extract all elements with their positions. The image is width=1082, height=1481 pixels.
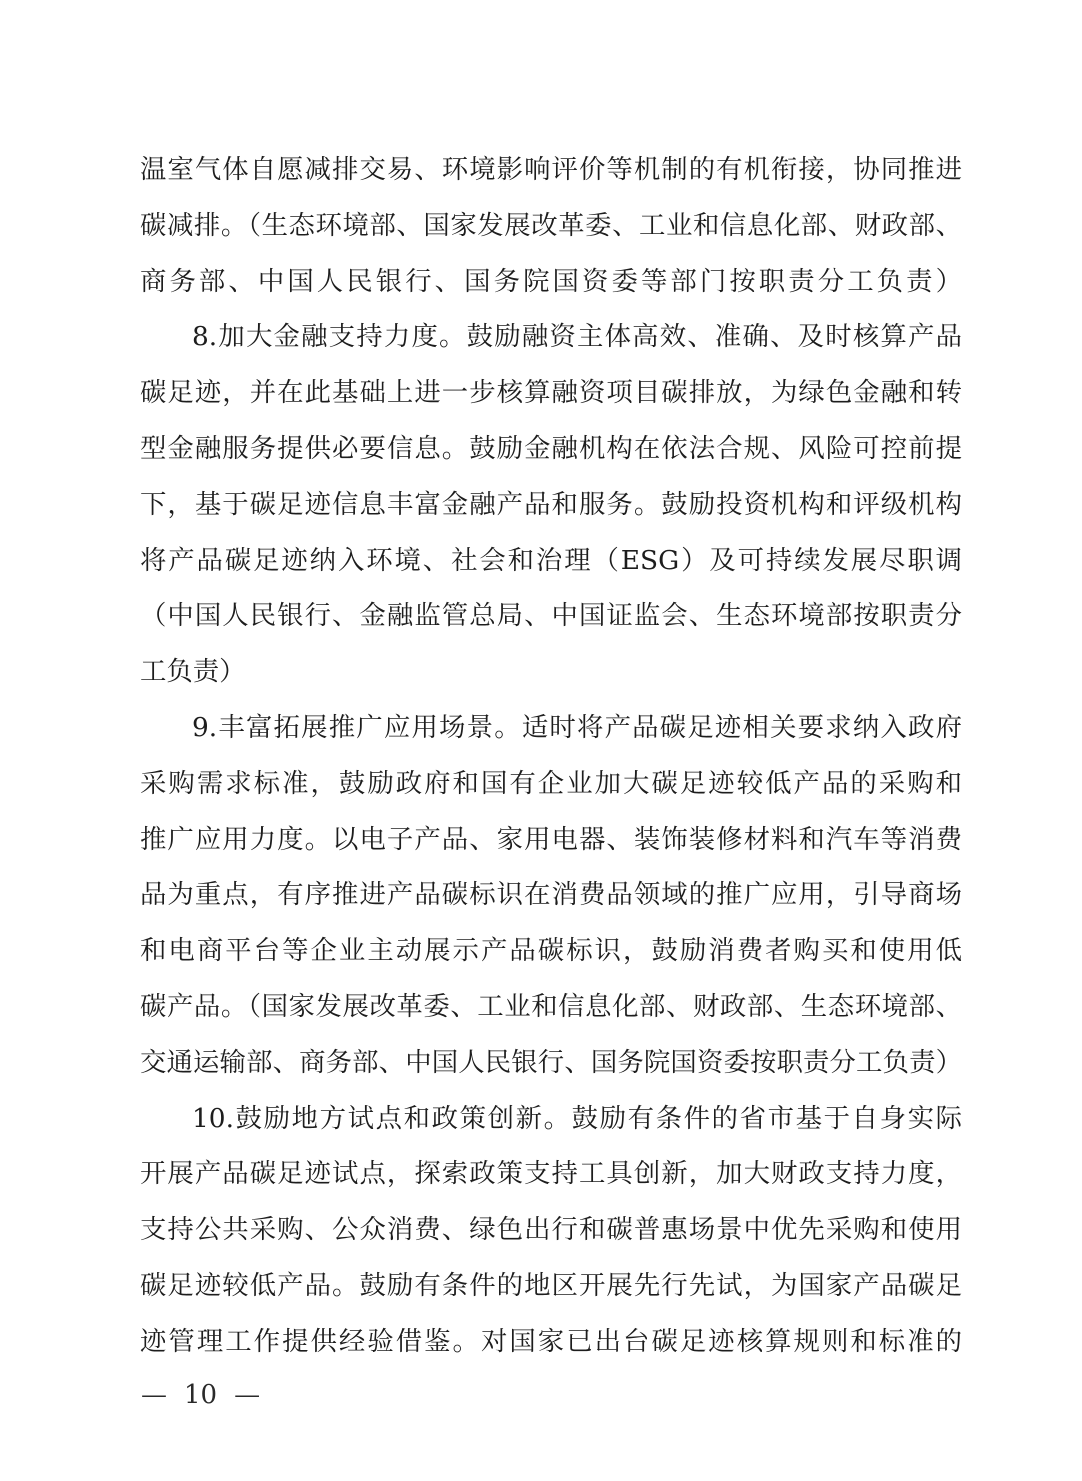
text-line: 型金融服务提供必要信息。鼓励金融机构在依法合规、风险可控前提 bbox=[140, 421, 962, 477]
text-line: 10.鼓励地方试点和政策创新。鼓励有条件的省市基于自身实际 bbox=[140, 1091, 962, 1147]
body-text: 温室气体自愿减排交易、环境影响评价等机制的有机衔接，协同推进碳减排。（生态环境部… bbox=[140, 142, 962, 1370]
text-line: 8.加大金融支持力度。鼓励融资主体高效、准确、及时核算产品 bbox=[140, 309, 962, 365]
text-line: 支持公共采购、公众消费、绿色出行和碳普惠场景中优先采购和使用 bbox=[140, 1202, 962, 1258]
footer-dash-right: — bbox=[234, 1384, 260, 1406]
text-line: 和电商平台等企业主动展示产品碳标识，鼓励消费者购买和使用低 bbox=[140, 923, 962, 979]
page-footer: — 10 — bbox=[141, 1377, 260, 1413]
text-line: 商务部、中国人民银行、国务院国资委等部门按职责分工负责） bbox=[140, 254, 962, 310]
text-line: 碳产品。（国家发展改革委、工业和信息化部、财政部、生态环境部、 bbox=[140, 979, 962, 1035]
text-line: 碳足迹较低产品。鼓励有条件的地区开展先行先试，为国家产品碳足 bbox=[140, 1258, 962, 1314]
text-line: 下，基于碳足迹信息丰富金融产品和服务。鼓励投资机构和评级机构 bbox=[140, 477, 962, 533]
text-line: （中国人民银行、金融监管总局、中国证监会、生态环境部按职责分 bbox=[140, 588, 962, 644]
text-line: 开展产品碳足迹试点，探索政策支持工具创新，加大财政支持力度， bbox=[140, 1146, 962, 1202]
text-line: 将产品碳足迹纳入环境、社会和治理（ESG）及可持续发展尽职调查。 bbox=[140, 533, 962, 589]
footer-dash-left: — bbox=[141, 1384, 167, 1406]
text-line: 迹管理工作提供经验借鉴。对国家已出台碳足迹核算规则和标准的 bbox=[140, 1314, 962, 1370]
text-line: 交通运输部、商务部、中国人民银行、国务院国资委按职责分工负责） bbox=[140, 1035, 962, 1091]
text-line: 碳足迹，并在此基础上进一步核算融资项目碳排放，为绿色金融和转 bbox=[140, 365, 962, 421]
text-line: 温室气体自愿减排交易、环境影响评价等机制的有机衔接，协同推进 bbox=[140, 142, 962, 198]
text-line: 推广应用力度。以电子产品、家用电器、装饰装修材料和汽车等消费 bbox=[140, 812, 962, 868]
text-line: 采购需求标准，鼓励政府和国有企业加大碳足迹较低产品的采购和 bbox=[140, 756, 962, 812]
text-line: 工负责） bbox=[140, 644, 962, 700]
text-line: 碳减排。（生态环境部、国家发展改革委、工业和信息化部、财政部、 bbox=[140, 198, 962, 254]
document-page: 温室气体自愿减排交易、环境影响评价等机制的有机衔接，协同推进碳减排。（生态环境部… bbox=[0, 0, 1082, 1481]
text-line: 品为重点，有序推进产品碳标识在消费品领域的推广应用，引导商场 bbox=[140, 867, 962, 923]
page-number: 10 bbox=[184, 1382, 217, 1408]
text-line: 9.丰富拓展推广应用场景。适时将产品碳足迹相关要求纳入政府 bbox=[140, 700, 962, 756]
